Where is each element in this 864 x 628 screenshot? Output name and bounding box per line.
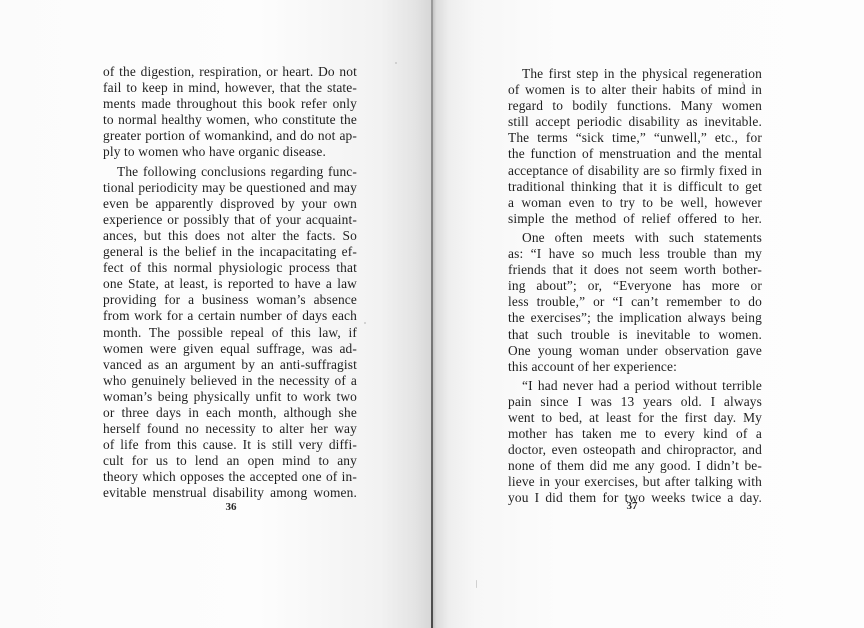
text-line: “I had never had a period without terrib…	[508, 378, 762, 394]
text-line: cult for us to lend an open mind to any	[103, 453, 357, 469]
text-line: that such trouble is inevitable to women…	[508, 327, 762, 343]
text-line: women were given equal suffrage, was ad-	[103, 341, 357, 357]
text-line: woman’s being physically unfit to work t…	[103, 389, 357, 405]
text-line: went to bed, at least for the first day.…	[508, 410, 762, 426]
text-line: evitable menstrual disability among wome…	[103, 485, 357, 501]
text-line: or three days in each month, although sh…	[103, 405, 357, 421]
text-line: month. The possible repeal of this law, …	[103, 325, 357, 341]
text-line: tional periodicity may be questioned and…	[103, 180, 357, 196]
text-line: ments made throughout this book refer on…	[103, 96, 357, 112]
text-line: herself found no necessity to alter her …	[103, 421, 357, 437]
right-page-text: The first step in the physical regenerat…	[508, 66, 762, 507]
text-line: ing about”; or, “Everyone has more or	[508, 278, 762, 294]
text-line: general is the belief in the incapacitat…	[103, 244, 357, 260]
text-line: the exercises”; the implication always b…	[508, 310, 762, 326]
text-line: one State, at least, is reported to have…	[103, 276, 357, 292]
text-line: a woman even to try to be well, however	[508, 195, 762, 211]
text-line: One young woman under observation gave	[508, 343, 762, 359]
text-line: traditional thinking that it is difficul…	[508, 179, 762, 195]
paper-speck	[364, 322, 366, 324]
text-line: The first step in the physical regenerat…	[508, 66, 762, 82]
text-line: fail to keep in mind, however, that the …	[103, 80, 357, 96]
text-line: ply to women who have organic disease.	[103, 144, 357, 160]
left-page-text: of the digestion, respiration, or heart.…	[103, 64, 357, 502]
text-line: acceptance of disability are so firmly f…	[508, 163, 762, 179]
text-line: even be apparently disproved by your own	[103, 196, 357, 212]
book-spread: of the digestion, respiration, or heart.…	[0, 0, 864, 628]
text-line: from work for a certain number of days e…	[103, 308, 357, 324]
text-line: pain since I was 13 years old. I always	[508, 394, 762, 410]
text-line: less trouble,” or “I can’t remember to d…	[508, 294, 762, 310]
text-line: this account of her experience:	[508, 359, 762, 375]
text-line: as: “I have so much less trouble than my	[508, 246, 762, 262]
text-line: ances, but this does not alter the facts…	[103, 228, 357, 244]
text-line: simple the method of relief offered to h…	[508, 211, 762, 227]
left-page: of the digestion, respiration, or heart.…	[0, 0, 432, 628]
paper-speck	[395, 62, 397, 64]
book-spine-gutter	[431, 0, 433, 628]
text-line: One often meets with such statements	[508, 230, 762, 246]
page-number: 36	[211, 501, 251, 513]
text-line: theory which opposes the accepted one of…	[103, 469, 357, 485]
text-line: the function of menstruation and the men…	[508, 146, 762, 162]
text-line: vanced as an argument by an anti-suffrag…	[103, 357, 357, 373]
text-line: providing for a business woman’s absence	[103, 292, 357, 308]
text-line: mother has taken me to every kind of a	[508, 426, 762, 442]
text-line: of women is to alter their habits of min…	[508, 82, 762, 98]
right-page: The first step in the physical regenerat…	[432, 0, 864, 628]
text-line: of the digestion, respiration, or heart.…	[103, 64, 357, 80]
paper-speck	[742, 82, 744, 84]
text-line: fect of this normal physiologic process …	[103, 260, 357, 276]
text-line: lieve in your exercises, but after talki…	[508, 474, 762, 490]
text-line: greater portion of womankind, and do not…	[103, 128, 357, 144]
text-line: The following conclusions regarding func…	[103, 164, 357, 180]
text-line: still accept periodic disability as inev…	[508, 114, 762, 130]
text-line: friends that it does not seem worth both…	[508, 262, 762, 278]
text-line: regard to bodily functions. Many women	[508, 98, 762, 114]
text-line: experience or possibly that of your acqu…	[103, 212, 357, 228]
text-line: none of them did me any good. I didn’t b…	[508, 458, 762, 474]
text-line: The terms “sick time,” “unwell,” etc., f…	[508, 130, 762, 146]
text-line: who genuinely believed in the necessity …	[103, 373, 357, 389]
text-line: to normal healthy women, who constitute …	[103, 112, 357, 128]
text-line: doctor, even osteopath and chiropractor,…	[508, 442, 762, 458]
page-number: 37	[612, 500, 652, 512]
text-line: of life from this cause. It is still ver…	[103, 437, 357, 453]
paper-mark	[476, 580, 477, 588]
